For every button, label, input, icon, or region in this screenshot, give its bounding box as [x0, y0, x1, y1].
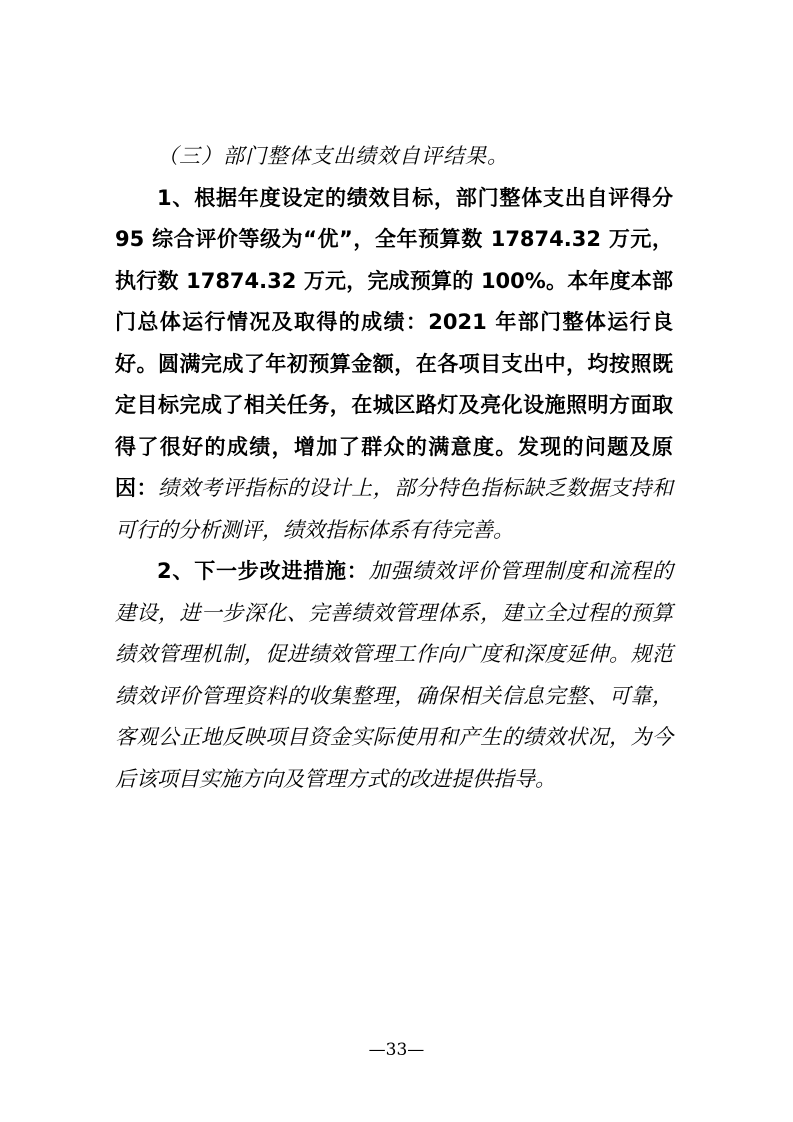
paragraph-self-evaluation-result: 1、根据年度设定的绩效目标，部门整体支出自评得分 95 综合评价等级为“优”，全…: [115, 178, 673, 552]
page-number: —33—: [0, 1038, 793, 1062]
document-body: （三）部门整体支出绩效自评结果。 1、根据年度设定的绩效目标，部门整体支出自评得…: [115, 136, 673, 800]
paragraph-2-run-kaiti: 加强绩效评价管理制度和流程的建设，进一步深化、完善绩效管理体系，建立全过程的预算…: [115, 559, 673, 791]
paragraph-1-run-kaiti: 绩效考评指标的设计上，部分特色指标缺乏数据支持和可行的分析测评，绩效指标体系有待…: [115, 476, 673, 542]
paragraph-1-run-heiti: 1、根据年度设定的绩效目标，部门整体支出自评得分 95 综合评价等级为“优”，全…: [115, 186, 673, 501]
document-page: （三）部门整体支出绩效自评结果。 1、根据年度设定的绩效目标，部门整体支出自评得…: [0, 0, 793, 1122]
paragraph-2-run-heiti: 2、下一步改进措施：: [157, 559, 369, 583]
section-heading: （三）部门整体支出绩效自评结果。: [115, 136, 673, 178]
paragraph-improvement-measures: 2、下一步改进措施：加强绩效评价管理制度和流程的建设，进一步深化、完善绩效管理体…: [115, 551, 673, 800]
